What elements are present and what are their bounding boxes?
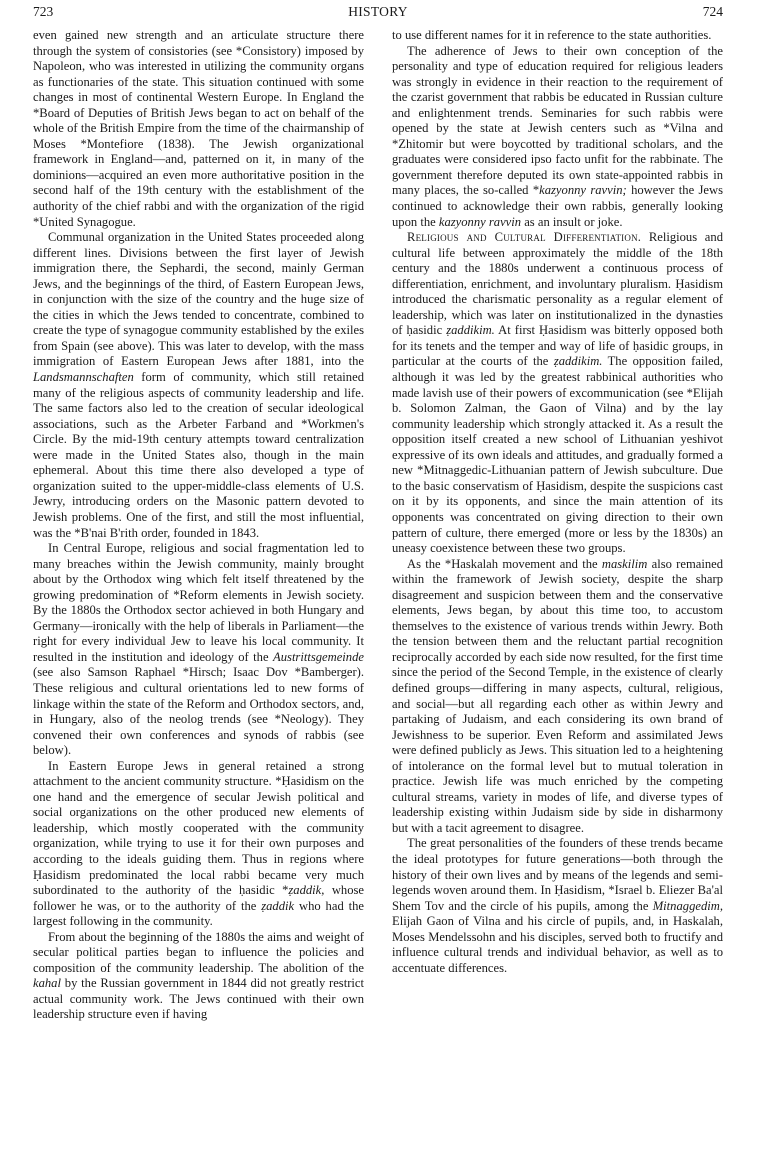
term-zaddik: ẓaddik xyxy=(288,883,321,897)
term-kazyonny-ravvin: kazyonny ravvin; xyxy=(539,183,627,197)
paragraph-consistories: even gained new strength and an articula… xyxy=(33,28,364,230)
page-number-right: 724 xyxy=(703,3,723,21)
paragraph-central-europe: In Central Europe, religious and social … xyxy=(33,541,364,759)
right-column: to use different names for it in referen… xyxy=(392,28,723,976)
running-title: HISTORY xyxy=(33,3,723,21)
paragraph-great-personalities: The great personalities of the founders … xyxy=(392,836,723,976)
paragraph-united-states: Communal organization in the United Stat… xyxy=(33,230,364,541)
term-landsmannschaften: Landsmannschaften xyxy=(33,370,134,384)
page-header: 723 HISTORY 724 xyxy=(33,3,723,21)
term-zaddikim: ẓaddikim. xyxy=(446,323,495,337)
paragraph-haskalah: As the *Haskalah movement and the maskil… xyxy=(392,557,723,837)
term-austrittsgemeinde: Austrittsgemeinde xyxy=(273,650,364,664)
paragraph-state-authorities: to use different names for it in referen… xyxy=(392,28,723,44)
term-kazyonny-ravvin: kazyonny ravvin xyxy=(439,215,521,229)
paragraph-secular-parties: From about the beginning of the 1880s th… xyxy=(33,930,364,1023)
term-mitnaggedim: Mitnaggedim, xyxy=(653,899,723,913)
term-zaddik: ẓaddik xyxy=(261,899,294,913)
term-zaddikim: ẓaddikim. xyxy=(554,354,603,368)
paragraph-religious-cultural-differentiation: Religious and Cultural Differentiation. … xyxy=(392,230,723,556)
section-heading: Religious and Cultural Differentiation. xyxy=(407,230,641,244)
paragraph-eastern-europe: In Eastern Europe Jews in general retain… xyxy=(33,759,364,930)
term-kahal: kahal xyxy=(33,976,61,990)
term-maskilim: maskilim xyxy=(602,557,647,571)
left-column: even gained new strength and an articula… xyxy=(33,28,364,1023)
paragraph-rabbinical-education: The adherence of Jews to their own conce… xyxy=(392,44,723,231)
